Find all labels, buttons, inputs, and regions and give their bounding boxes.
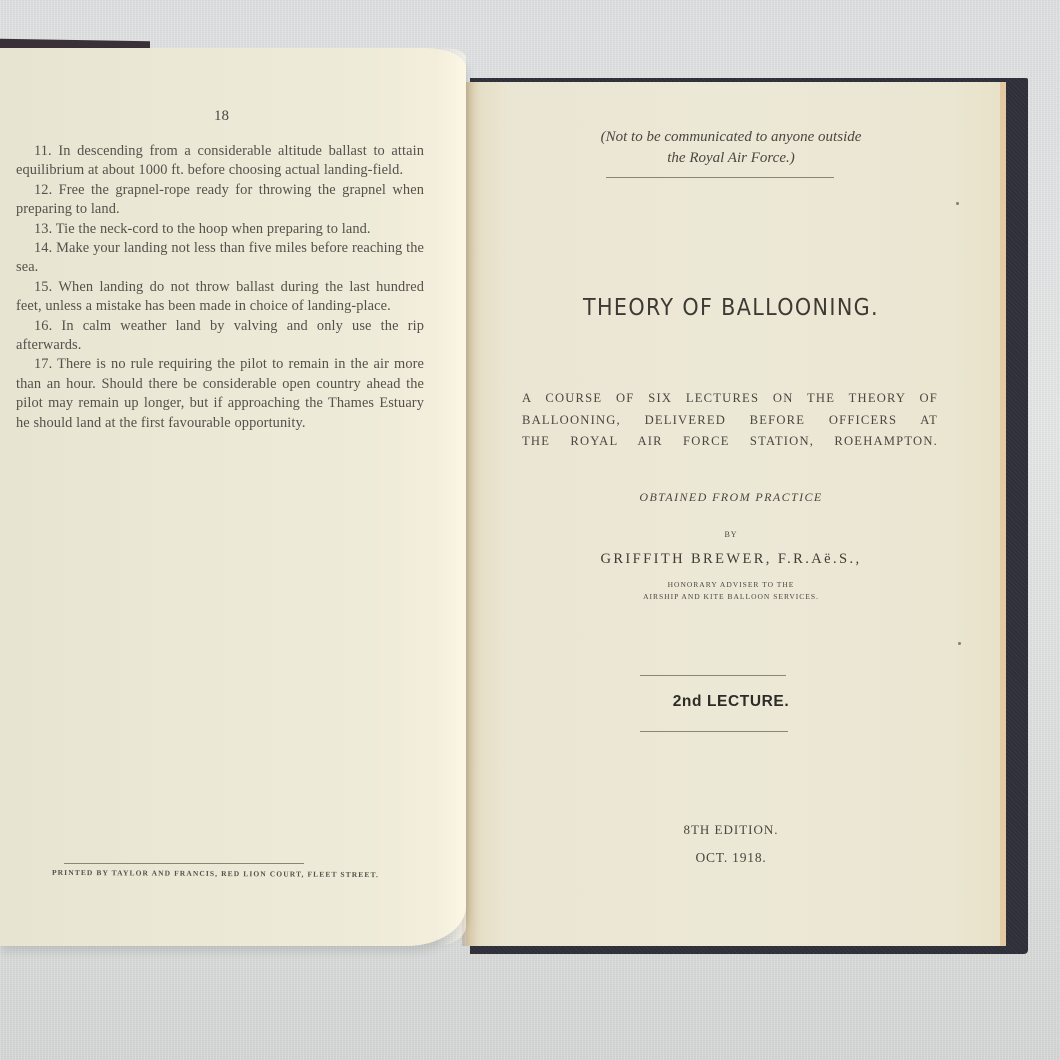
book-title: THEORY OF BALLOONING. bbox=[529, 295, 934, 321]
author-name: GRIFFITH BREWER, F.R.Aë.S., bbox=[506, 551, 956, 568]
publication-date: OCT. 1918. bbox=[506, 850, 956, 866]
author-title: HONORARY ADVISER TO THE AIRSHIP AND KITE… bbox=[506, 579, 956, 603]
rule-item: 13. Tie the neck-cord to the hoop when p… bbox=[16, 220, 424, 239]
page-number: 18 bbox=[214, 108, 229, 125]
edition: 8TH EDITION. bbox=[506, 822, 956, 838]
notice-line-2: the Royal Air Force.) bbox=[506, 148, 956, 169]
subtitle-line-1: A COURSE OF SIX LECTURES ON THE THEORY O… bbox=[522, 388, 938, 410]
rule-item: 12. Free the grapnel-rope ready for thro… bbox=[16, 181, 424, 220]
notice-line-1: (Not to be communicated to anyone outsid… bbox=[506, 127, 956, 148]
right-page bbox=[466, 82, 1006, 946]
ballooning-rules-list: 11. In descending from a considerable al… bbox=[16, 142, 424, 433]
subtitle-line-3: THE ROYAL AIR FORCE STATION, ROEHAMPTON. bbox=[522, 431, 938, 453]
lecture-divider-bottom bbox=[640, 731, 788, 732]
author-title-line-2: AIRSHIP AND KITE BALLOON SERVICES. bbox=[506, 591, 956, 603]
book-subtitle: A COURSE OF SIX LECTURES ON THE THEORY O… bbox=[522, 388, 938, 453]
left-page-curl bbox=[436, 48, 466, 946]
paper-foxing-spot bbox=[956, 202, 959, 205]
rule-item: 16. In calm weather land by valving and … bbox=[16, 317, 424, 356]
lecture-number: 2nd LECTURE. bbox=[506, 693, 956, 711]
obtained-from-practice: OBTAINED FROM PRACTICE bbox=[506, 490, 956, 505]
printer-divider bbox=[64, 863, 304, 864]
rule-item: 11. In descending from a considerable al… bbox=[16, 142, 424, 181]
subtitle-line-2: BALLOONING, DELIVERED BEFORE OFFICERS AT bbox=[522, 410, 938, 432]
by-label: BY bbox=[506, 530, 956, 539]
author-title-line-1: HONORARY ADVISER TO THE bbox=[506, 579, 956, 591]
restriction-notice: (Not to be communicated to anyone outsid… bbox=[506, 127, 956, 169]
rule-item: 17. There is no rule requiring the pilot… bbox=[16, 355, 424, 433]
lecture-divider-top bbox=[640, 675, 786, 676]
notice-divider bbox=[606, 177, 834, 178]
rule-item: 14. Make your landing not less than five… bbox=[16, 239, 424, 278]
paper-foxing-spot bbox=[958, 642, 961, 645]
rule-item: 15. When landing do not throw ballast du… bbox=[16, 278, 424, 317]
